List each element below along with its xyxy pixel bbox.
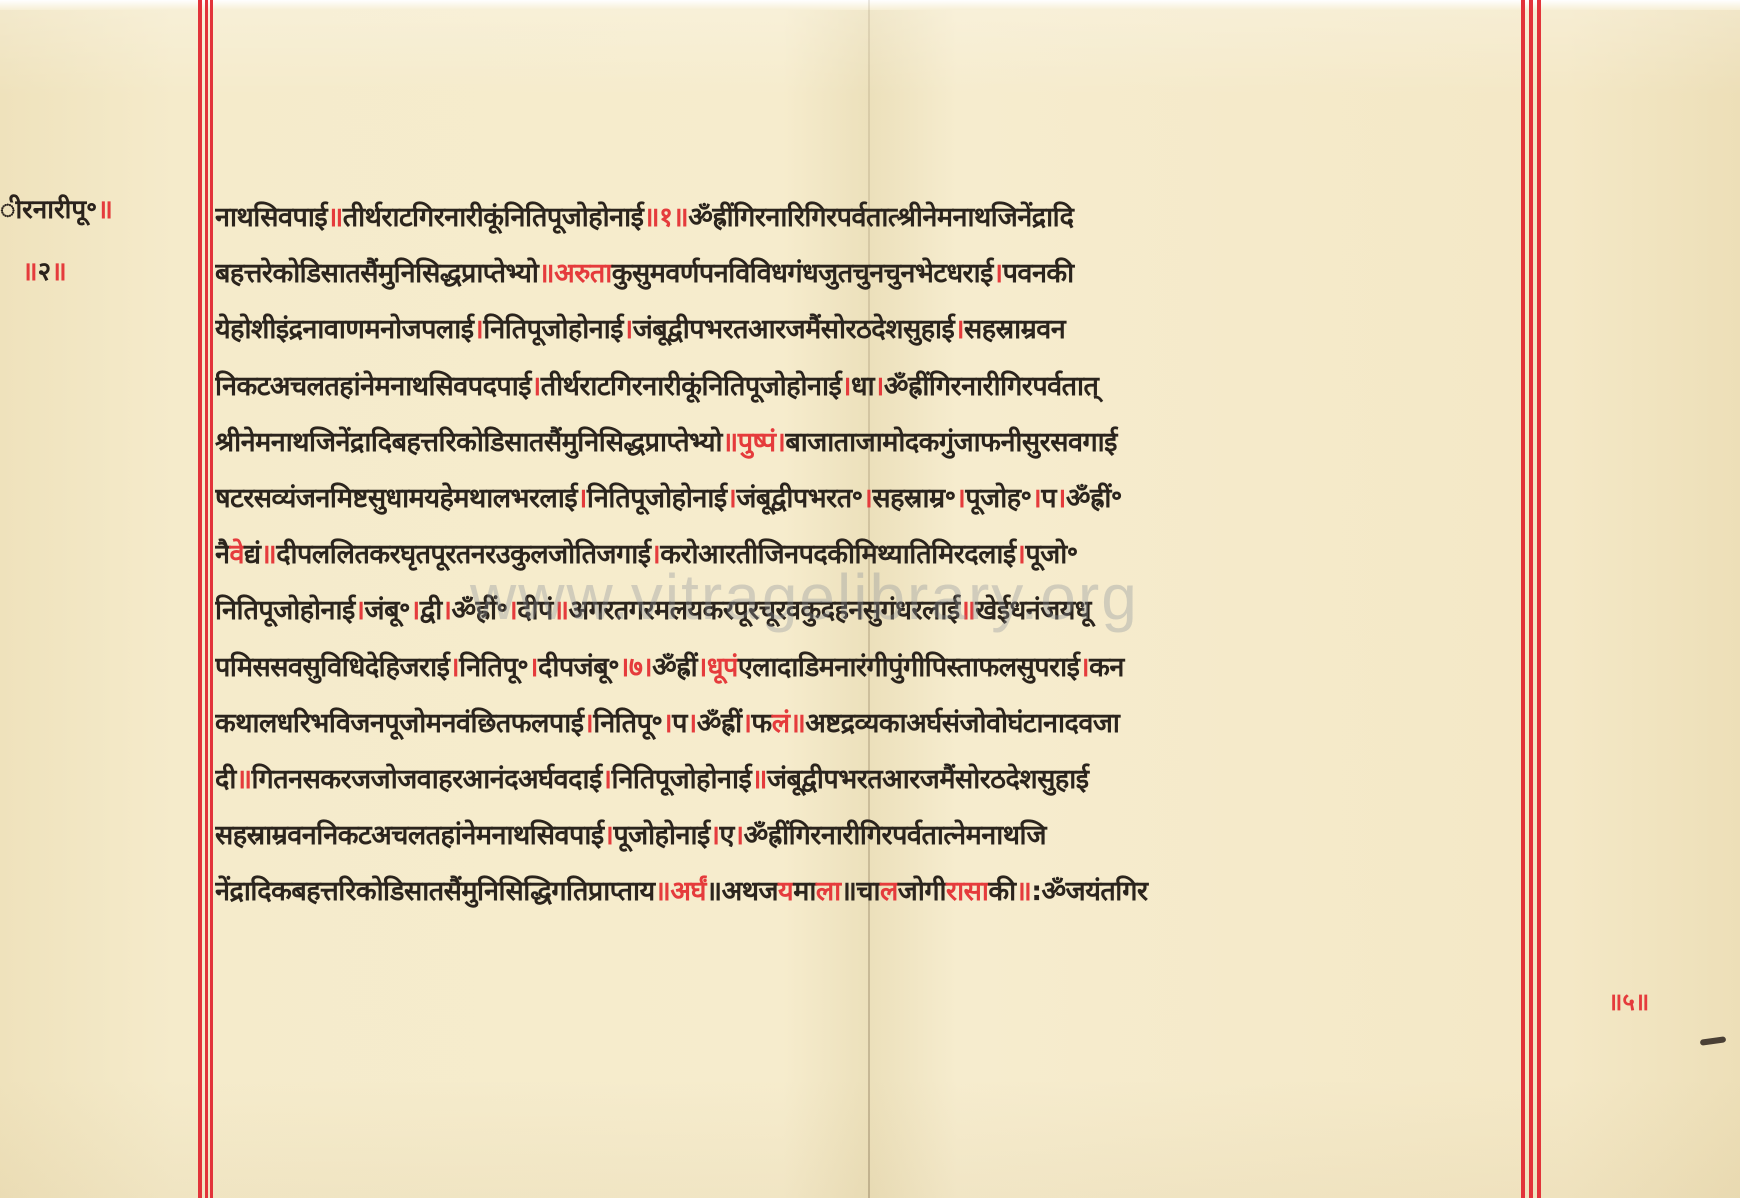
margin-title-text: ीरनारीपू॰: [0, 195, 97, 225]
rubric-text: य: [778, 876, 793, 907]
body-text: जोगी: [898, 876, 946, 907]
body-text: येहोशीइंद्रनावाणमनोजपलाई: [215, 314, 474, 345]
rubric-text: ।: [1056, 483, 1066, 514]
rubric-text: पुष्पं: [738, 427, 776, 458]
body-text: नितिपूजोहोनाई: [483, 314, 623, 345]
body-text: बहत्तरेकोडिसातसैंमुनिसिद्धप्राप्तेभ्यो: [215, 258, 538, 289]
body-text: पूजोह॰: [965, 483, 1031, 514]
body-text: तीर्थराटगिरनारीकूंनितिपूजोहोनाई: [343, 202, 644, 233]
rubric-text: ।: [697, 652, 707, 683]
rubric-text: सा: [964, 876, 989, 907]
body-text: जंबूद्वीपभरत॰: [736, 483, 862, 514]
manuscript-line: पमिससवसुविधिदेहिजराई।नितिपू॰।दीपजंबू॰।७।…: [215, 640, 1535, 696]
page-top-edge: [0, 0, 1740, 10]
manuscript-line: निकटअचलतहांनेमनाथसिवपदपाई।तीर्थराटगिरनार…: [215, 359, 1535, 415]
rubric-text: धूपं: [707, 652, 738, 683]
ink-stray-mark: [1700, 1036, 1727, 1046]
rubric-text: ।: [662, 708, 672, 739]
body-text: कुसुमवर्णपनविविधगंधजुतचुनचुनभेटधराई: [612, 258, 993, 289]
body-text: जंबूद्वीपभरतआरजमैंसोरठदेशसुहाई: [633, 314, 955, 345]
rubric-text: ।: [577, 483, 587, 514]
body-text: नितिपूजोहोनाई: [215, 595, 355, 626]
body-text: दीपजंबू॰: [538, 652, 619, 683]
body-text: ज: [758, 876, 778, 907]
rubric-text: ।: [1079, 652, 1089, 683]
right-margin-rule-outer: [1537, 0, 1541, 1198]
body-text: ॐह्रीं: [652, 652, 697, 683]
manuscript-line: कथालधरिभविजनपूजोमनवंछितफलपाई।नितिपू॰।प।ॐ…: [215, 696, 1535, 752]
rubric-text: ।: [1032, 483, 1042, 514]
body-text: ॐह्रीं॰: [1066, 483, 1122, 514]
rubric-text: ।: [623, 314, 633, 345]
body-text: बाजाताजामोदकगुंजाफनीसुरसवगाई: [785, 427, 1117, 458]
body-text: चा: [856, 876, 880, 907]
manuscript-line: सहस्राम्रवननिकटअचलतहांनेमनाथसिवपाई।पूजोह…: [215, 808, 1535, 864]
body-text: द्वी: [420, 595, 442, 626]
manuscript-line: नेंद्रादिकबहत्तरिकोडिसातसैंमुनिसिद्धिगति…: [215, 864, 1535, 920]
rubric-text: ॥: [538, 258, 554, 289]
folio-danda-close: ॥: [51, 257, 67, 287]
manuscript-line: बहत्तरेकोडिसातसैंमुनिसिद्धप्राप्तेभ्यो॥अ…: [215, 246, 1535, 302]
rubric-text: ।७।: [619, 652, 652, 683]
rubric-text: वे: [230, 539, 245, 570]
body-text: फ: [751, 708, 771, 739]
body-text: प: [1041, 483, 1056, 514]
rubric-text: ।: [841, 371, 851, 402]
body-text: द्यं: [244, 539, 261, 570]
rubric-text: ॥: [790, 708, 806, 739]
body-text: धा: [851, 371, 874, 402]
margin-title-danda: ॥: [97, 195, 113, 225]
body-text: नितिपू॰: [593, 708, 662, 739]
rubric-text: ।: [956, 483, 966, 514]
body-text: कथालधरिभविजनपूजोमनवंछितफलपाई: [215, 708, 583, 739]
left-margin-rule-middle: [205, 0, 208, 1198]
body-text: ॐह्रींगिरनारीगिरपर्वतात्: [884, 371, 1099, 402]
body-text: कन: [1089, 652, 1124, 683]
folio-marker-right: ॥५॥: [1608, 985, 1649, 1018]
rubric-text: ।: [687, 708, 697, 739]
rubric-text: ।: [993, 258, 1003, 289]
body-text: पमिससवसुविधिदेहिजराई: [215, 652, 449, 683]
rubric-text: ला: [816, 876, 841, 907]
body-text: दी: [215, 764, 236, 795]
manuscript-line: दी॥गितनसकरजजोजवाहरआनंदअर्घवदाई।नितिपूजोह…: [215, 752, 1535, 808]
body-text: ॐह्रीं: [697, 708, 742, 739]
body-text: नै: [215, 539, 230, 570]
rubric-text: ॥: [722, 427, 738, 458]
rubric-text: ।: [410, 595, 420, 626]
body-text: श्रीनेमनाथजिनेंद्रादिबहत्तरिकोडिसातसैंमु…: [215, 427, 722, 458]
rubric-text: अरुता: [554, 258, 612, 289]
body-text: नितिपू॰: [459, 652, 528, 683]
rubric-text: ।: [863, 483, 873, 514]
body-text: गितनसकरजजोजवाहरआनंदअर्घवदाई: [252, 764, 602, 795]
body-text: पूजोहोनाई: [613, 820, 709, 851]
rubric-text: ।: [604, 820, 614, 851]
manuscript-line: षटरसव्यंजनमिष्टसुधामयहेमथालभरलाई।नितिपूज…: [215, 471, 1535, 527]
rubric-text: ।: [355, 595, 365, 626]
body-text: जंबू॰: [365, 595, 410, 626]
body-text: :ॐजयंतगिर: [1031, 876, 1147, 907]
body-text: जंबूद्वीपभरतआरजमैंसोरठदेशसुहाई: [767, 764, 1089, 795]
body-text: की: [988, 876, 1015, 907]
body-text: षटरसव्यंजनमिष्टसुधामयहेमथालभरलाई: [215, 483, 577, 514]
rubric-text: ।: [734, 820, 744, 851]
folio-number-left: ॥२॥: [22, 252, 67, 288]
body-text: ॐह्रींगिरनारिगिरपर्वतात्श्रीनेमनाथजिनेंद…: [688, 202, 1073, 233]
body-text: ॥: [706, 876, 722, 907]
folio-number: २: [38, 257, 52, 287]
body-text: तीर्थराटगिरनारीकूंनितिपूजोहोनाई: [541, 371, 842, 402]
body-text: ॐह्रींगिरनारीगिरपर्वतात्नेमनाथजि: [744, 820, 1046, 851]
body-text: प: [672, 708, 687, 739]
rubric-text: ॥: [236, 764, 252, 795]
manuscript-line: नाथसिवपाई॥तीर्थराटगिरनारीकूंनितिपूजोहोना…: [215, 190, 1535, 246]
body-text: नाथसिवपाई: [215, 202, 327, 233]
rubric-text: ।: [583, 708, 593, 739]
rubric-text: ॥: [1016, 876, 1032, 907]
body-text: सहस्राम्र॰: [872, 483, 955, 514]
rubric-text: रा: [946, 876, 964, 907]
left-margin-rule-inner: [210, 0, 213, 1198]
rubric-text: ॥: [751, 764, 767, 795]
rubric-text: ॥: [261, 539, 277, 570]
rubric-text: ।: [954, 314, 964, 345]
rubric-text: अर्घं: [670, 876, 706, 907]
left-margin-rule-outer: [198, 0, 202, 1198]
rubric-text: लं: [772, 708, 790, 739]
manuscript-line: येहोशीइंद्रनावाणमनोजपलाई।नितिपूजोहोनाई।ज…: [215, 302, 1535, 358]
body-text: नितिपूजोहोनाई: [611, 764, 751, 795]
rubric-text: ।: [727, 483, 737, 514]
body-text: पवनकी: [1003, 258, 1074, 289]
rubric-text: ॥: [327, 202, 343, 233]
rubric-text: ।: [776, 427, 786, 458]
body-text: एलादाडिमनारंगीपुंगीपिस्ताफलसुपराई: [738, 652, 1080, 683]
body-text: सहस्राम्रवननिकटअचलतहांनेमनाथसिवपाई: [215, 820, 604, 851]
rubric-text: ।: [874, 371, 884, 402]
rubric-text: ।: [474, 314, 484, 345]
rubric-text: ।: [449, 652, 459, 683]
body-text: अष्टद्रव्यकाअर्घसंजोवोघंटानादवजा: [805, 708, 1119, 739]
rubric-text: ।: [528, 652, 538, 683]
rubric-text: ॥१॥: [643, 202, 688, 233]
folio-danda-open: ॥: [22, 257, 38, 287]
body-text: मा: [793, 876, 816, 907]
watermark: www.vitragelibrary.org: [470, 560, 1139, 634]
margin-title-note: ीरनारीपू॰॥: [0, 190, 113, 226]
body-text: नितिपूजोहोनाई: [587, 483, 727, 514]
body-text: सहस्राम्रवन: [964, 314, 1065, 345]
rubric-text: ॥: [655, 876, 671, 907]
manuscript-page: ीरनारीपू॰॥ ॥२॥ नाथसिवपाई॥तीर्थराटगिरनारी…: [0, 0, 1740, 1198]
rubric-text: ।: [602, 764, 612, 795]
body-text: ॥: [841, 876, 857, 907]
body-text: निकटअचलतहांनेमनाथसिवपदपाई: [215, 371, 531, 402]
rubric-text: ।: [742, 708, 752, 739]
manuscript-line: श्रीनेमनाथजिनेंद्रादिबहत्तरिकोडिसातसैंमु…: [215, 415, 1535, 471]
rubric-text: ल: [880, 876, 898, 907]
body-text: अथ: [722, 876, 759, 907]
manuscript-text-block: नाथसिवपाई॥तीर्थराटगिरनारीकूंनितिपूजोहोना…: [215, 190, 1535, 920]
rubric-text: ।: [531, 371, 541, 402]
body-text: नेंद्रादिकबहत्तरिकोडिसातसैंमुनिसिद्धिगति…: [215, 876, 655, 907]
body-text: ए: [719, 820, 733, 851]
